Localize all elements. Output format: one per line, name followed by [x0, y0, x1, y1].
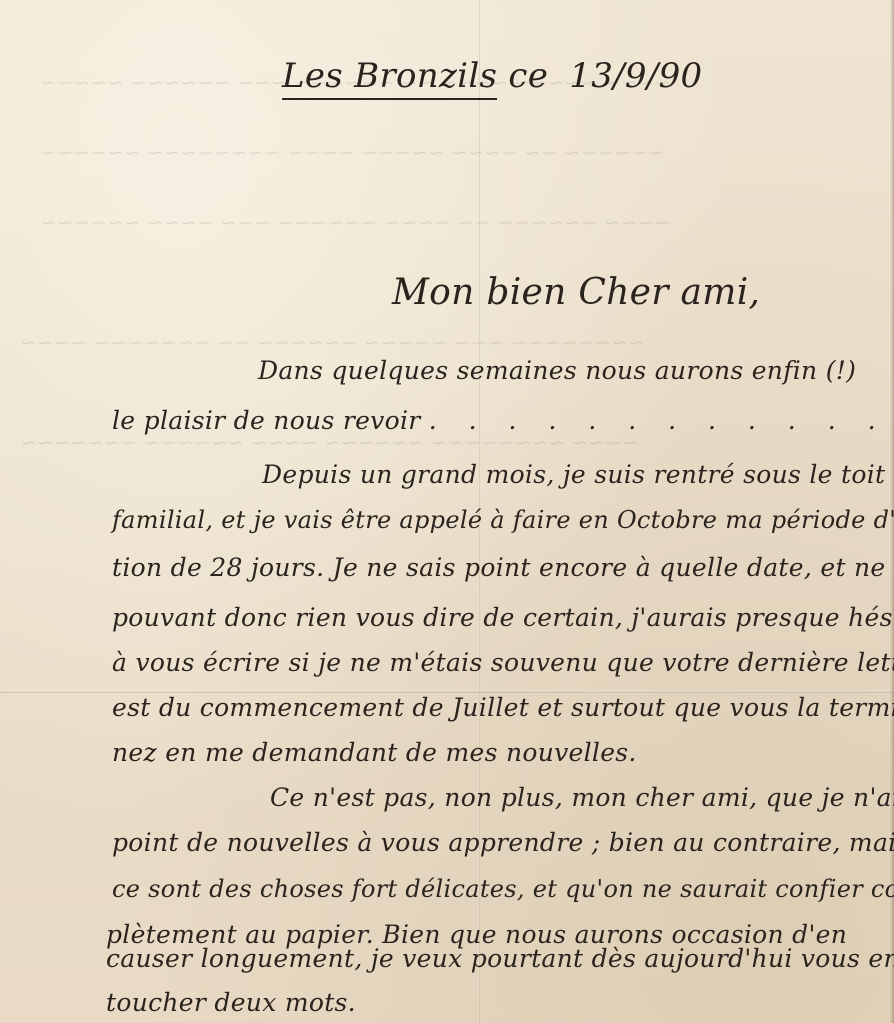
letter-line: est du commencement de Juillet et surtou…	[112, 693, 894, 722]
letter-page: ~~~~ ~~~~~ ~~~~ ~~ ~~~~~~ ~~~ ~~~~~~ ~~~…	[0, 0, 894, 1023]
letter-line: le plaisir de nous revoir . . . . . . . …	[112, 406, 894, 435]
line-text: le plaisir de nous revoir	[112, 406, 421, 435]
letter-line: toucher deux mots.	[106, 988, 356, 1017]
salutation: Mon bien Cher ami,	[392, 272, 760, 313]
show-through-writing: ~~~~~~ ~~ ~~~~ ~~~~~ ~~~~ ~~~~~~~~ ~~~~~…	[40, 140, 665, 164]
letter-heading: Les Bronzils ce 13/9/90	[282, 56, 702, 96]
letter-line: causer longuement, je veux pourtant dès …	[106, 944, 894, 973]
letter-line: familial, et je vais être appelé à faire…	[112, 506, 894, 534]
letter-line: Depuis un grand mois, je suis rentré sou…	[262, 460, 885, 489]
heading-date: 13/9/90	[569, 56, 702, 96]
line-dots: . . . . . . . . . . . . . . . . . . . . …	[429, 406, 894, 435]
letter-line: Dans quelques semaines nous aurons enfin…	[258, 356, 856, 385]
letter-line: nez en me demandant de mes nouvelles.	[112, 738, 637, 767]
letter-line: à vous écrire si je ne m'étais souvenu q…	[112, 648, 894, 677]
letter-line: pouvant donc rien vous dire de certain, …	[112, 603, 894, 632]
heading-place: Les Bronzils	[282, 56, 497, 100]
show-through-writing: ~~~~ ~~~~~~ ~~ ~~~~ ~~~~~~ ~~~ ~~~~ ~~~~…	[40, 210, 671, 234]
letter-line: tion de 28 jours. Je ne sais point encor…	[112, 553, 886, 582]
letter-line: point de nouvelles à vous apprendre ; bi…	[112, 828, 894, 857]
show-through-writing: ~~~~~~~~ ~~~ ~~~~~ ~~~~~~ ~~ ~~~~~~~ ~~~…	[20, 330, 645, 354]
letter-line: ce sont des choses fort délicates, et qu…	[112, 875, 894, 903]
heading-connector: ce	[508, 56, 548, 96]
letter-line: Ce n'est pas, non plus, mon cher ami, qu…	[270, 783, 894, 812]
